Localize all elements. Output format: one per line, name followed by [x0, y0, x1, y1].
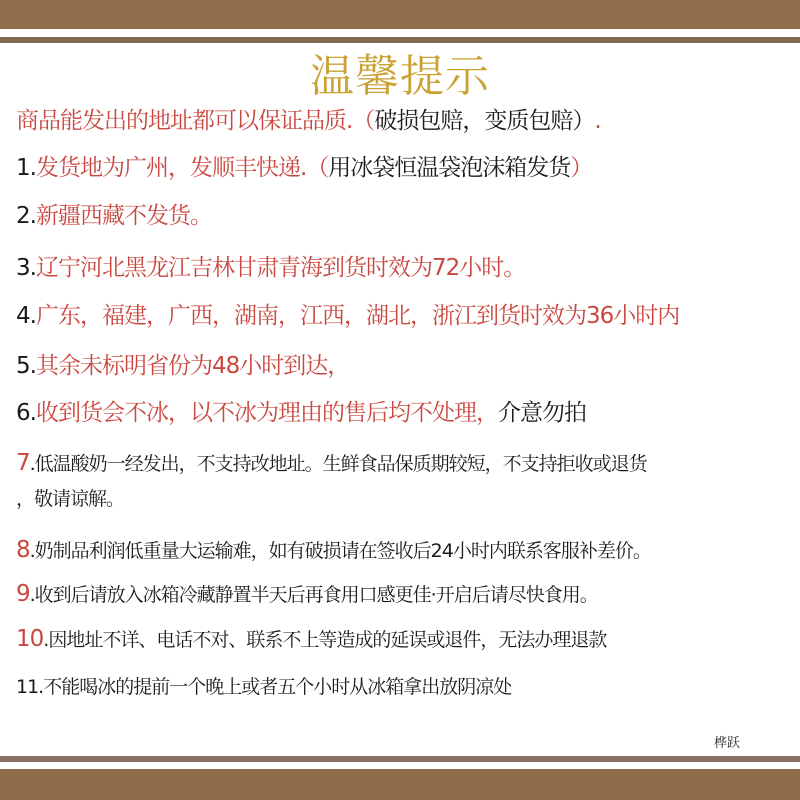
top-brown-band	[0, 0, 800, 29]
page-title: 温馨提示	[0, 50, 800, 104]
notice-line-7: 7.低温酸奶一经发出，不支持改地址。生鲜食品保质期较短，不支持拒收或退货	[16, 450, 647, 477]
item-number: 4.	[16, 303, 36, 329]
caution-text: 介意勿拍	[498, 400, 586, 426]
notice-line-2: 2.新疆西藏不发货。	[16, 201, 212, 231]
intro-period: .	[594, 108, 600, 134]
notice-line-6: 6.收到货会不冰，以不冰为理由的售后均不处理，介意勿拍	[16, 398, 586, 428]
notice-line-7-continued: ，敬请谅解。	[16, 486, 124, 512]
thaw-advice-text: 11.不能喝冰的提前一个晚上或者五个小时从冰箱拿出放阴凉处	[16, 676, 511, 698]
apology-text: ，敬请谅解。	[16, 488, 124, 510]
delivery-36h-text: 广东，福建，广西，湖南，江西，湖北，浙江到货时效为36小时内	[36, 303, 679, 329]
item-number: 8	[16, 537, 30, 563]
notice-line-1: 1.发货地为广州，发顺丰快递.（用冰袋恒温袋泡沫箱发货）	[16, 153, 592, 183]
notice-line-8: 8.奶制品利润低重量大运输难，如有破损请在签收后24小时内联系客服补差价。	[16, 537, 651, 564]
item-number: 6.	[16, 400, 36, 426]
closing-paren: ）	[570, 155, 592, 181]
notice-line-3: 3.辽宁河北黑龙江吉林甘肃青海到货时效为72小时。	[16, 253, 525, 283]
notice-line-10: 10.因地址不详、电话不对、联系不上等造成的延误或退件，无法办理退款	[16, 626, 606, 653]
notice-line-intro: 商品能发出的地址都可以保证品质.（破损包赔，变质包赔）.	[16, 106, 601, 136]
notice-line-11: 11.不能喝冰的提前一个晚上或者五个小时从冰箱拿出放阴凉处	[16, 674, 511, 700]
storage-advice-text: .收到后请放入冰箱冷藏静置半天后再食用口感更佳·开启后请尽快食用。	[30, 584, 598, 606]
notice-line-5: 5.其余未标明省份为48小时到达，	[16, 351, 349, 381]
notice-line-9: 9.收到后请放入冰箱冷藏静置半天后再食用口感更佳·开启后请尽快食用。	[16, 581, 598, 608]
damage-claim-text: .奶制品利润低重量大运输难，如有破损请在签收后24小时内联系客服补差价。	[30, 540, 651, 562]
shipping-origin-text: 发货地为广州，发顺丰快递.（	[36, 155, 328, 181]
no-ice-policy-text: 收到货会不冰，以不冰为理由的售后均不处理，	[36, 400, 498, 426]
item-number: 9	[16, 581, 30, 607]
bottom-divider-stripe	[0, 756, 800, 762]
item-number: 5.	[16, 353, 36, 379]
item-number: 10	[16, 626, 43, 652]
no-address-change-text: .低温酸奶一经发出，不支持改地址。生鲜食品保质期较短，不支持拒收或退货	[30, 453, 647, 475]
item-number: 1.	[16, 155, 36, 181]
excluded-regions-text: 新疆西藏不发货。	[36, 203, 212, 229]
delivery-72h-text: 辽宁河北黑龙江吉林甘肃青海到货时效为72小时。	[36, 255, 525, 281]
notice-line-4: 4.广东，福建，广西，湖南，江西，湖北，浙江到货时效为36小时内	[16, 301, 679, 331]
item-number: 3.	[16, 255, 36, 281]
packaging-text: 用冰袋恒温袋泡沫箱发货	[328, 155, 570, 181]
item-number: 2.	[16, 203, 36, 229]
intro-compensation-text: 破损包赔，变质包赔）	[374, 108, 594, 134]
intro-guarantee-text: 商品能发出的地址都可以保证品质.（	[16, 108, 374, 134]
signature: 桦跃	[714, 735, 740, 753]
bottom-brown-band	[0, 769, 800, 800]
item-number: 7	[16, 450, 30, 476]
top-divider-stripe	[0, 37, 800, 43]
delivery-48h-text: 其余未标明省份为48小时到达，	[36, 353, 349, 379]
no-refund-text: .因地址不详、电话不对、联系不上等造成的延误或退件，无法办理退款	[43, 629, 606, 651]
